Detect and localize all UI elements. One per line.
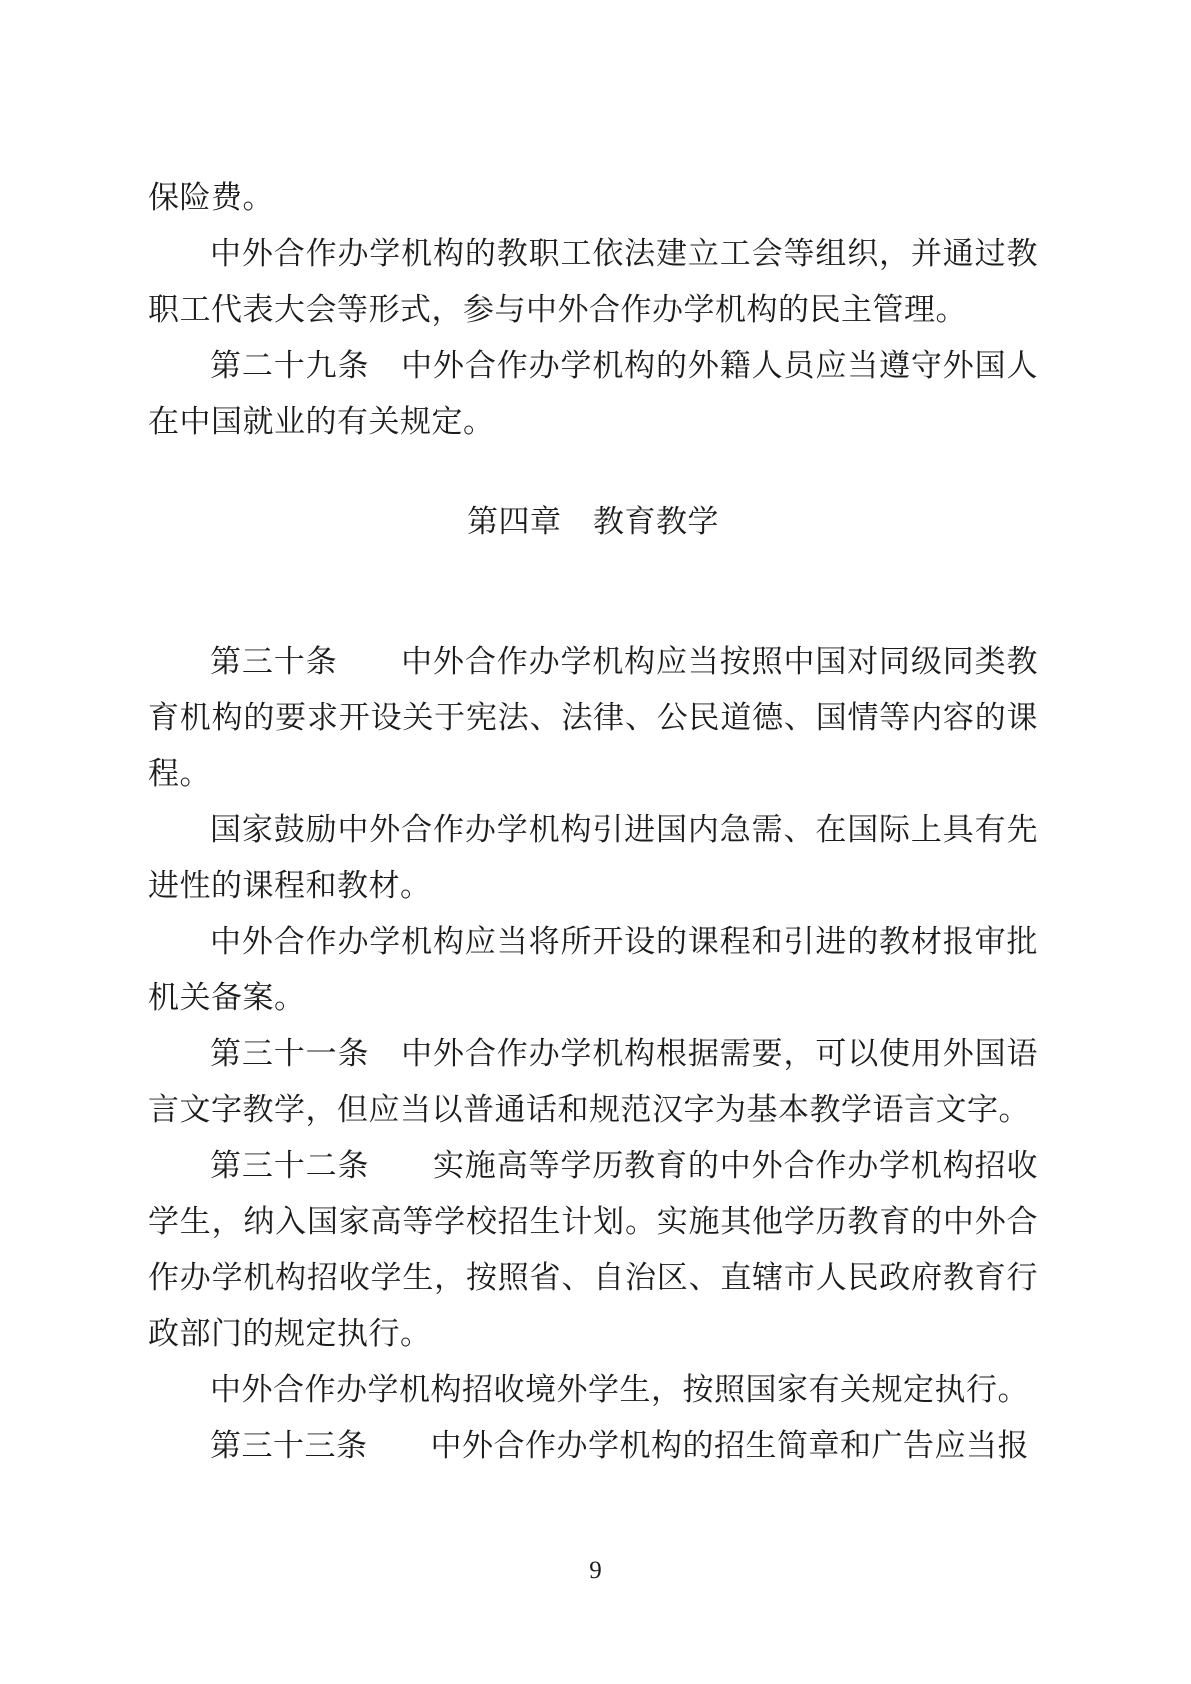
paragraph: 中外合作办学机构招收境外学生，按照国家有关规定执行。 [148,1362,1038,1418]
paragraph-article-31: 第三十一条 中外合作办学机构根据需要，可以使用外国语言文字教学，但应当以普通话和… [148,1026,1038,1138]
paragraph-article-33: 第三十三条 中外合作办学机构的招生简章和广告应当报 [148,1418,1038,1474]
paragraph-article-29: 第二十九条 中外合作办学机构的外籍人员应当遵守外国人在中国就业的有关规定。 [148,338,1038,450]
page-number: 9 [0,1556,1191,1586]
paragraph-article-32: 第三十二条 实施高等学历教育的中外合作办学机构招收学生，纳入国家高等学校招生计划… [148,1138,1038,1362]
paragraph: 国家鼓励中外合作办学机构引进国内急需、在国际上具有先进性的课程和教材。 [148,802,1038,914]
paragraph-article-30: 第三十条 中外合作办学机构应当按照中国对同级同类教育机构的要求开设关于宪法、法律… [148,634,1038,802]
chapter-heading: 第四章 教育教学 [148,494,1038,550]
paragraph: 中外合作办学机构应当将所开设的课程和引进的教材报审批机关备案。 [148,914,1038,1026]
paragraph: 中外合作办学机构的教职工依法建立工会等组织，并通过教职工代表大会等形式，参与中外… [148,226,1038,338]
paragraph-continuation: 保险费。 [148,170,1038,226]
document-content: 保险费。 中外合作办学机构的教职工依法建立工会等组织，并通过教职工代表大会等形式… [148,170,1038,1474]
document-page: 保险费。 中外合作办学机构的教职工依法建立工会等组织，并通过教职工代表大会等形式… [0,0,1191,1684]
